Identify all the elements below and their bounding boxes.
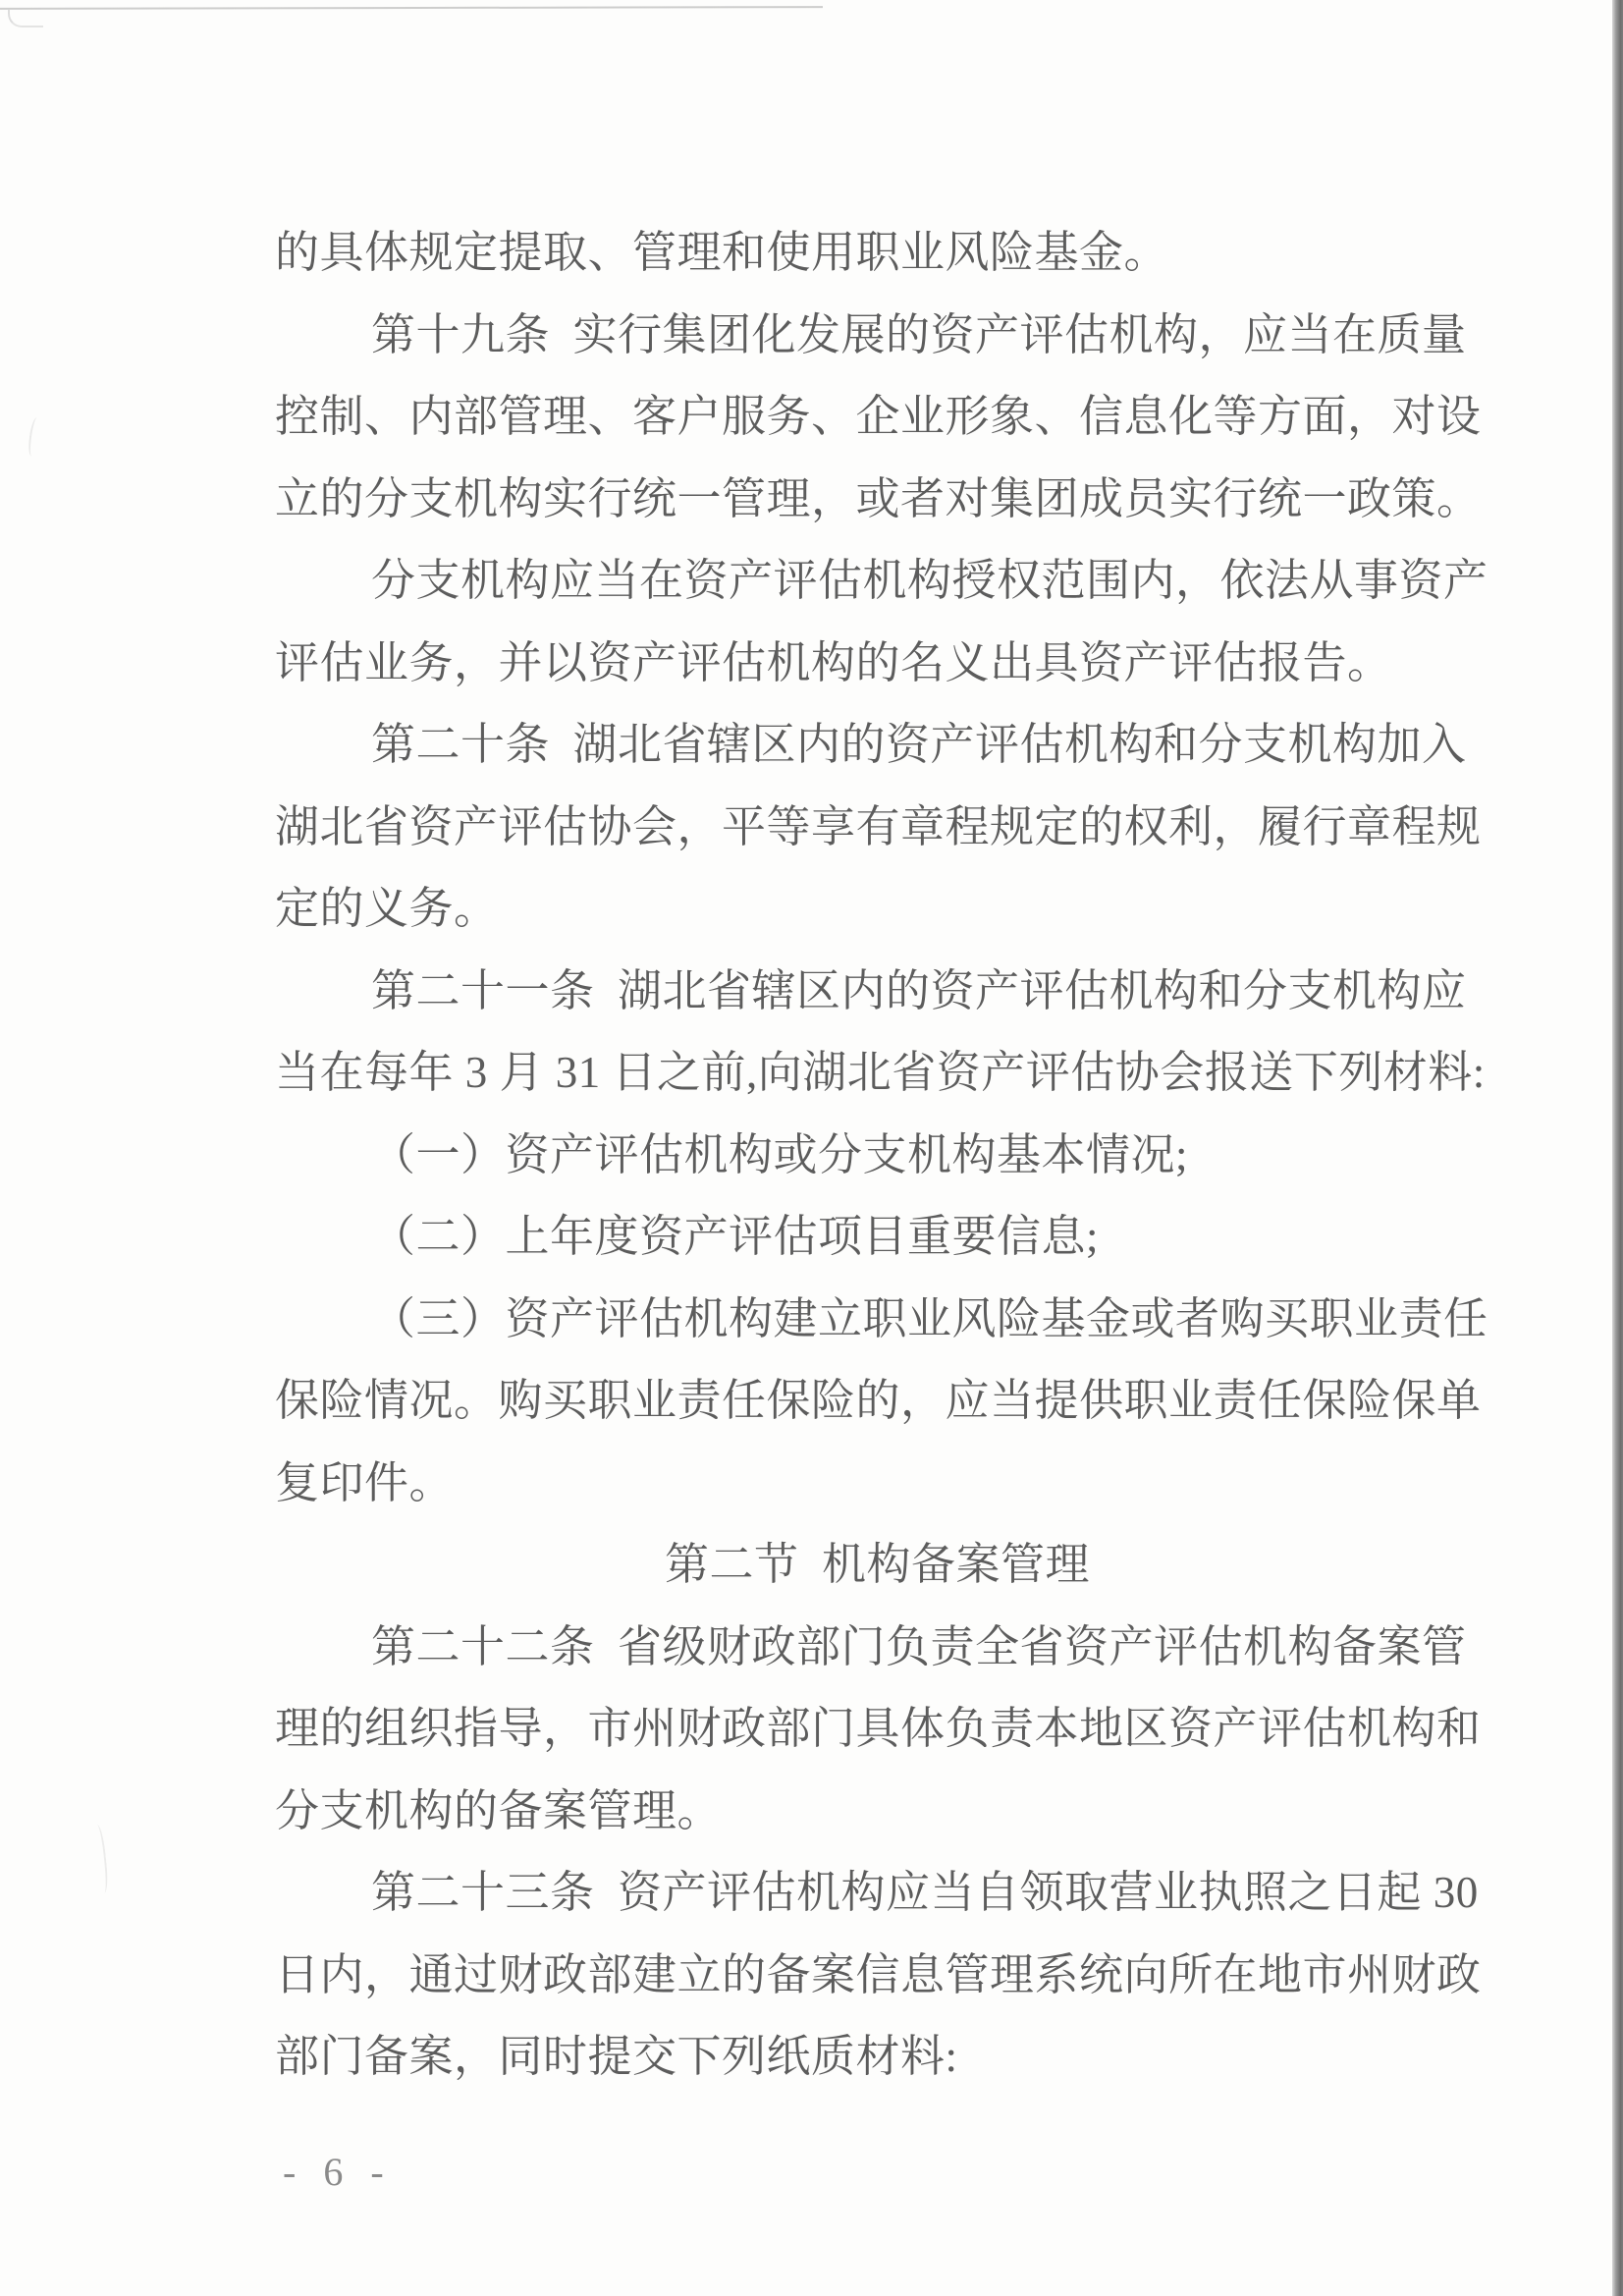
text-line: 的具体规定提取、管理和使用职业风险基金。 bbox=[275, 212, 1485, 295]
article-22-start: 第二十二条 省级财政部门负责全省资产评估机构备案管 bbox=[275, 1607, 1485, 1689]
scanned-document-page: 的具体规定提取、管理和使用职业风险基金。 第十九条 实行集团化发展的资产评估机构… bbox=[0, 0, 1623, 2296]
scan-artifact-smudge bbox=[27, 416, 41, 457]
scan-artifact-smudge bbox=[90, 1825, 109, 1894]
article-19-start: 第十九条 实行集团化发展的资产评估机构，应当在质量 bbox=[275, 295, 1485, 377]
article-20-start: 第二十条 湖北省辖区内的资产评估机构和分支机构加入 bbox=[275, 704, 1485, 787]
scan-artifact-corner-curl bbox=[8, 10, 43, 27]
list-item-1: （一）资产评估机构或分支机构基本情况; bbox=[275, 1115, 1485, 1197]
section-heading: 第二节 机构备案管理 bbox=[275, 1524, 1485, 1607]
paragraph-start: 分支机构应当在资产评估机构授权范围内，依法从事资产 bbox=[275, 540, 1485, 623]
article-23-start: 第二十三条 资产评估机构应当自领取营业执照之日起 30 bbox=[275, 1852, 1485, 1935]
text-line: 部门备案，同时提交下列纸质材料: bbox=[275, 2016, 1485, 2099]
text-line: 保险情况。购买职业责任保险的，应当提供职业责任保险保单 bbox=[275, 1360, 1485, 1443]
text-line: 立的分支机构实行统一管理，或者对集团成员实行统一政策。 bbox=[275, 459, 1485, 541]
list-item-2: （二）上年度资产评估项目重要信息; bbox=[275, 1196, 1485, 1279]
page-number: - 6 - bbox=[283, 2149, 393, 2195]
scan-artifact-top-line bbox=[0, 6, 823, 10]
text-line: 日内，通过财政部建立的备案信息管理系统向所在地市州财政 bbox=[275, 1935, 1485, 2017]
scan-edge-shadow bbox=[1612, 0, 1623, 2296]
article-21-start: 第二十一条 湖北省辖区内的资产评估机构和分支机构应 bbox=[275, 951, 1485, 1033]
text-line: 复印件。 bbox=[275, 1443, 1485, 1525]
text-line: 当在每年 3 月 31 日之前,向湖北省资产评估协会报送下列材料: bbox=[275, 1032, 1485, 1115]
document-body: 的具体规定提取、管理和使用职业风险基金。 第十九条 实行集团化发展的资产评估机构… bbox=[275, 212, 1485, 2099]
list-item-3: （三）资产评估机构建立职业风险基金或者购买职业责任 bbox=[275, 1279, 1485, 1361]
text-line: 理的组织指导，市州财政部门具体负责本地区资产评估机构和 bbox=[275, 1688, 1485, 1771]
text-line: 分支机构的备案管理。 bbox=[275, 1771, 1485, 1853]
text-line: 评估业务，并以资产评估机构的名义出具资产评估报告。 bbox=[275, 623, 1485, 705]
text-line: 定的义务。 bbox=[275, 868, 1485, 951]
text-line: 湖北省资产评估协会，平等享有章程规定的权利，履行章程规 bbox=[275, 787, 1485, 869]
text-line: 控制、内部管理、客户服务、企业形象、信息化等方面，对设 bbox=[275, 376, 1485, 459]
